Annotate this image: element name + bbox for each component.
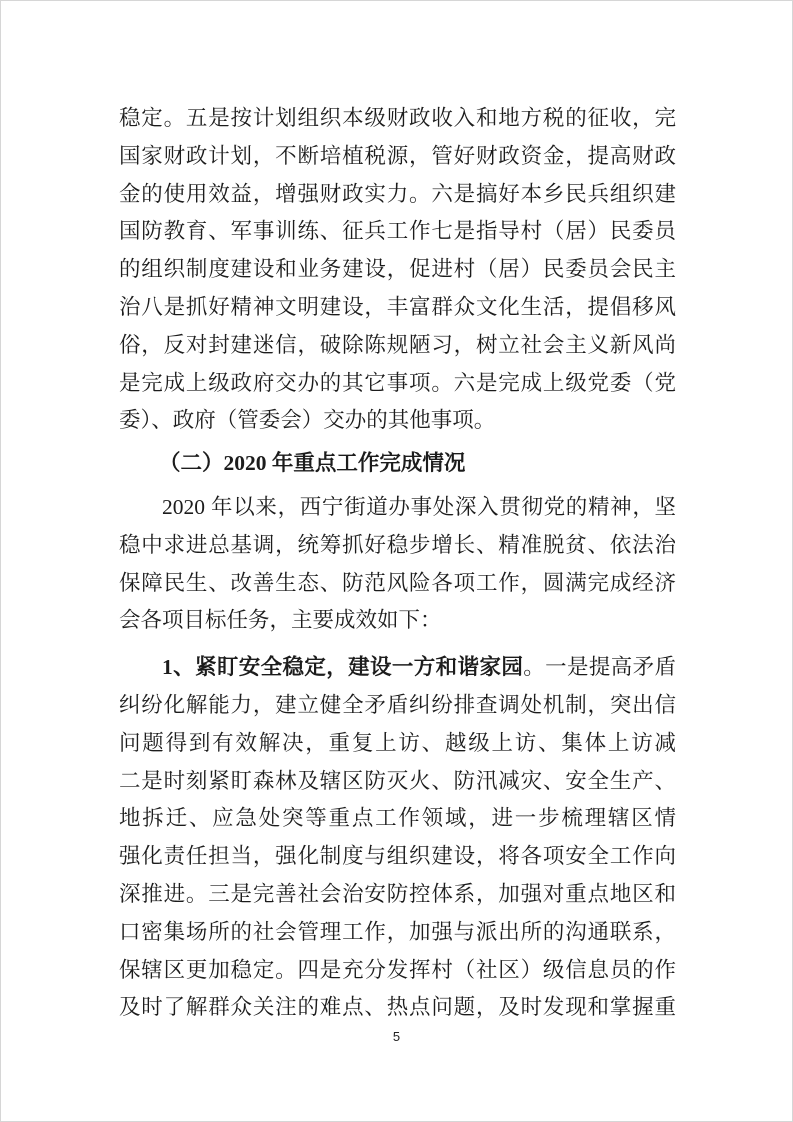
paragraph-safety-stability: 1、紧盯安全稳定，建设一方和谐家园。一是提高矛盾 纠纷化解能力，建立健全矛盾纠纷…: [119, 649, 676, 1027]
text-line: 稳中求进总基调，统筹抓好稳步增长、精准脱贫、依法治理、: [119, 527, 676, 565]
text-line: 深推进。三是完善社会治安防控体系，加强对重点地区和人: [119, 876, 676, 914]
lead-rest-text: 。一是提高矛盾: [523, 655, 676, 679]
section-heading: （二）2020 年重点工作完成情况: [119, 445, 676, 483]
text-line: 国家财政计划，不断培植税源，管好财政资金，提高财政资: [119, 138, 676, 176]
text-line: 地拆迁、应急处突等重点工作领域，进一步梳理辖区情况，: [119, 800, 676, 838]
paragraph-duties-continuation: 稳定。五是按计划组织本级财政收入和地方税的征收，完成 国家财政计划，不断培植税源…: [119, 100, 676, 440]
text-line: 纠纷化解能力，建立健全矛盾纠纷排查调处机制，突出信访: [119, 687, 676, 725]
text-line: 委）、政府（管委会）交办的其他事项。: [119, 402, 676, 440]
text-line: 的组织制度建设和业务建设，促进村（居）民委员会民主自: [119, 251, 676, 289]
text-line: 口密集场所的社会管理工作，加强与派出所的沟通联系，确: [119, 914, 676, 952]
text-line: 治八是抓好精神文明建设，丰富群众文化生活，提倡移风易: [119, 289, 676, 327]
text-line: 保障民生、改善生态、防范风险各项工作，圆满完成经济社: [119, 565, 676, 603]
document-page: 稳定。五是按计划组织本级财政收入和地方税的征收，完成 国家财政计划，不断培植税源…: [0, 0, 793, 1122]
paragraph-2020-overview: 2020 年以来，西宁街道办事处深入贯彻党的精神，坚持 稳中求进总基调，统筹抓好…: [119, 489, 676, 640]
text-line: 问题得到有效解决，重复上访、越级上访、集体上访减少。: [119, 725, 676, 763]
bold-lead-text: 1、紧盯安全稳定，建设一方和谐家园: [162, 655, 523, 679]
text-line: 强化责任担当，强化制度与组织建设，将各项安全工作向纵: [119, 838, 676, 876]
text-line: 二是时刻紧盯森林及辖区防灭火、防汛减灾、安全生产、征: [119, 763, 676, 801]
page-number-footer: 5: [1, 1029, 792, 1044]
text-line: 会各项目标任务，主要成效如下：: [119, 602, 676, 640]
text-line: 是完成上级政府交办的其它事项。六是完成上级党委（党工: [119, 365, 676, 403]
text-line: 2020 年以来，西宁街道办事处深入贯彻党的精神，坚持: [119, 489, 676, 527]
page-body: 稳定。五是按计划组织本级财政收入和地方税的征收，完成 国家财政计划，不断培植税源…: [119, 100, 676, 1027]
text-line: 国防教育、军事训练、征兵工作七是指导村（居）民委员会: [119, 213, 676, 251]
text-line: 保辖区更加稳定。四是充分发挥村（社区）级信息员的作用，: [119, 952, 676, 990]
text-line: 及时了解群众关注的难点、热点问题，及时发现和掌握重大: [119, 989, 676, 1027]
text-line: 稳定。五是按计划组织本级财政收入和地方税的征收，完成: [119, 100, 676, 138]
text-line: 1、紧盯安全稳定，建设一方和谐家园。一是提高矛盾: [119, 649, 676, 687]
text-line: 俗，反对封建迷信，破除陈规陋习，树立社会主义新风尚九: [119, 327, 676, 365]
text-line: 金的使用效益，增强财政实力。六是搞好本乡民兵组织建设、: [119, 176, 676, 214]
